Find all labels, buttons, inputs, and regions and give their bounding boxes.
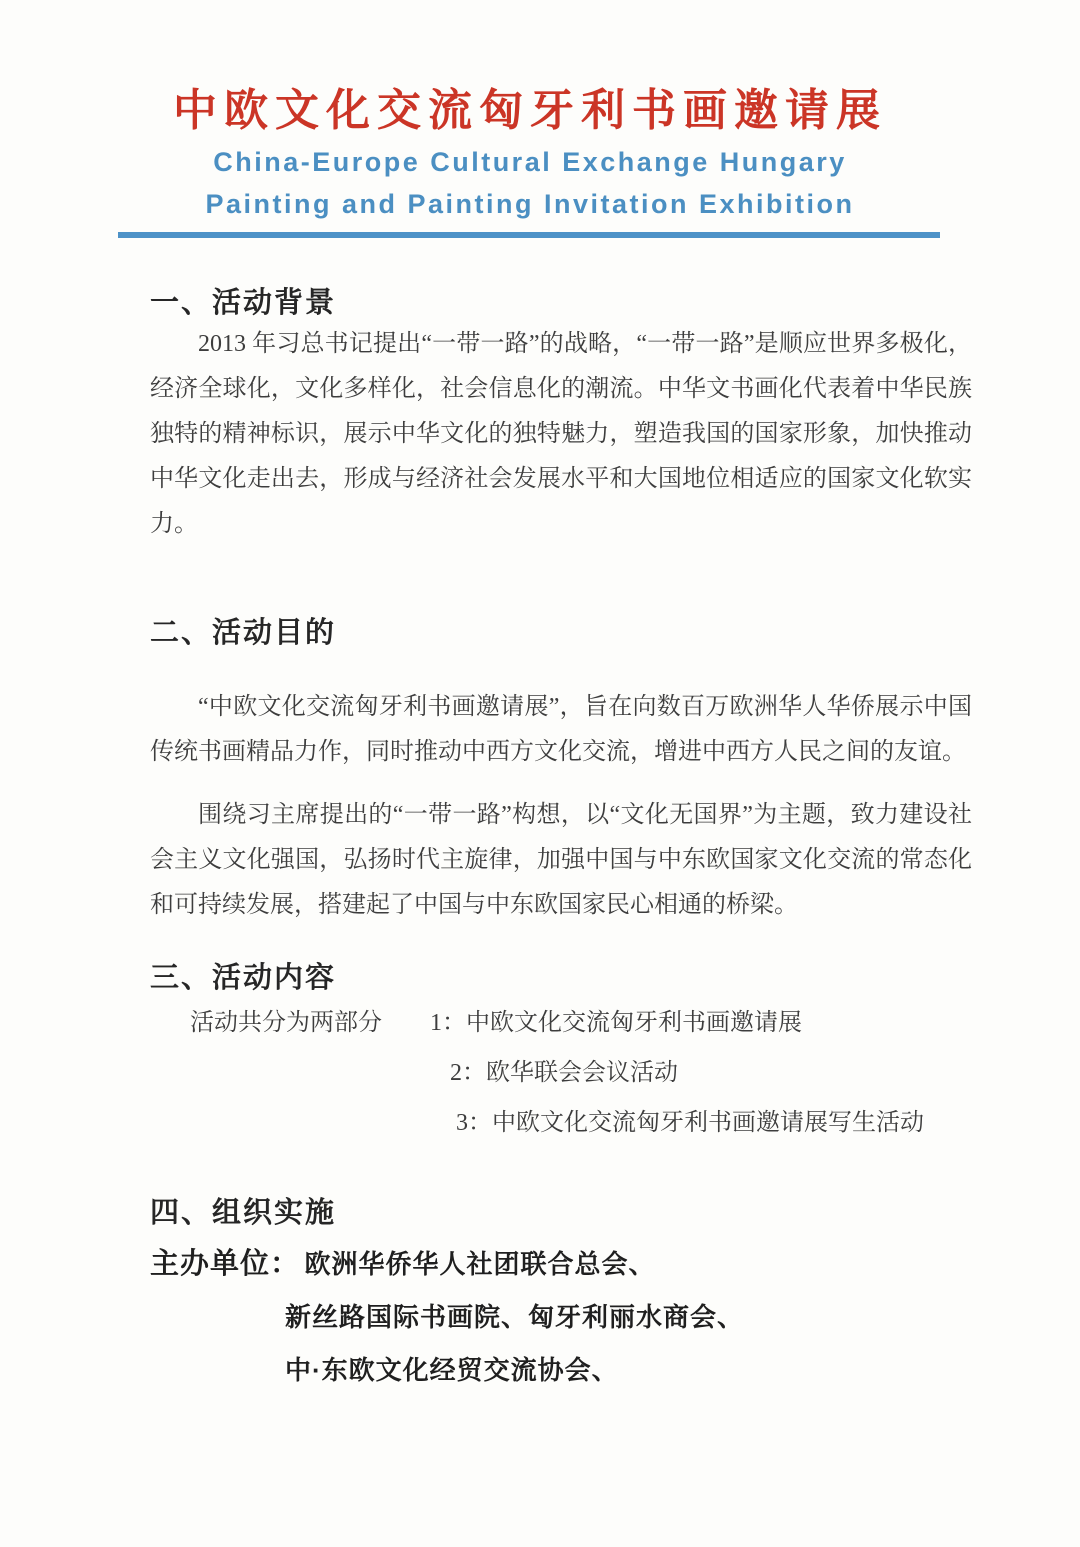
activity-item-2: 2：欧华联会会议活动 xyxy=(450,1060,678,1086)
organizer-name-1: 欧洲华侨华人社团联合总会、 xyxy=(304,1249,655,1279)
activity-list-intro: 活动共分为两部分 xyxy=(190,1010,382,1036)
organizer-label: 主办单位： xyxy=(150,1248,300,1280)
paragraph-purpose-1: “中欧文化交流匈牙利书画邀请展”，旨在向数百万欧洲华人华侨展示中国传统书画精品力… xyxy=(150,685,972,775)
header-divider xyxy=(118,232,940,238)
page-title: 中欧文化交流匈牙利书画邀请展 xyxy=(0,74,1060,138)
activity-list: 活动共分为两部分 1：中欧文化交流匈牙利书画邀请展 2：欧华联会会议活动 3：中… xyxy=(150,998,1010,1148)
organizer-block: 主办单位： 欧洲华侨华人社团联合总会、 新丝路国际书画院、匈牙利丽水商会、 中·… xyxy=(150,1238,1030,1397)
page-subtitle-english-line1: China-Europe Cultural Exchange Hungary xyxy=(0,147,1060,178)
organizer-name-2: 新丝路国际书画院、匈牙利丽水商会、 xyxy=(285,1302,744,1332)
section-heading-organization: 四、组织实施 xyxy=(150,1190,336,1231)
document-page: 中欧文化交流匈牙利书画邀请展 China-Europe Cultural Exc… xyxy=(0,0,1080,1547)
organizer-name-3: 中·东欧文化经贸交流协会、 xyxy=(285,1355,619,1385)
activity-list-row: 活动共分为两部分 1：中欧文化交流匈牙利书画邀请展 xyxy=(150,998,1010,1048)
organizer-row: 新丝路国际书画院、匈牙利丽水商会、 xyxy=(150,1291,1030,1344)
activity-list-row: 3：中欧文化交流匈牙利书画邀请展写生活动 xyxy=(150,1098,1010,1148)
paragraph-purpose-2: 围绕习主席提出的“一带一路”构想，以“文化无国界”为主题，致力建设社会主义文化强… xyxy=(150,793,972,928)
section-heading-purpose: 二、活动目的 xyxy=(150,610,336,651)
section-heading-content: 三、活动内容 xyxy=(150,955,336,996)
organizer-row: 中·东欧文化经贸交流协会、 xyxy=(150,1344,1030,1397)
paragraph-background: 2013 年习总书记提出“一带一路”的战略，“一带一路”是顺应世界多极化，经济全… xyxy=(150,322,972,547)
page-subtitle-english-line2: Painting and Painting Invitation Exhibit… xyxy=(0,189,1060,220)
section-heading-background: 一、活动背景 xyxy=(150,280,336,321)
activity-item-1: 1：中欧文化交流匈牙利书画邀请展 xyxy=(430,1010,802,1036)
organizer-row: 主办单位： 欧洲华侨华人社团联合总会、 xyxy=(150,1238,1030,1291)
activity-item-3: 3：中欧文化交流匈牙利书画邀请展写生活动 xyxy=(456,1110,924,1136)
activity-list-row: 2：欧华联会会议活动 xyxy=(150,1048,1010,1098)
